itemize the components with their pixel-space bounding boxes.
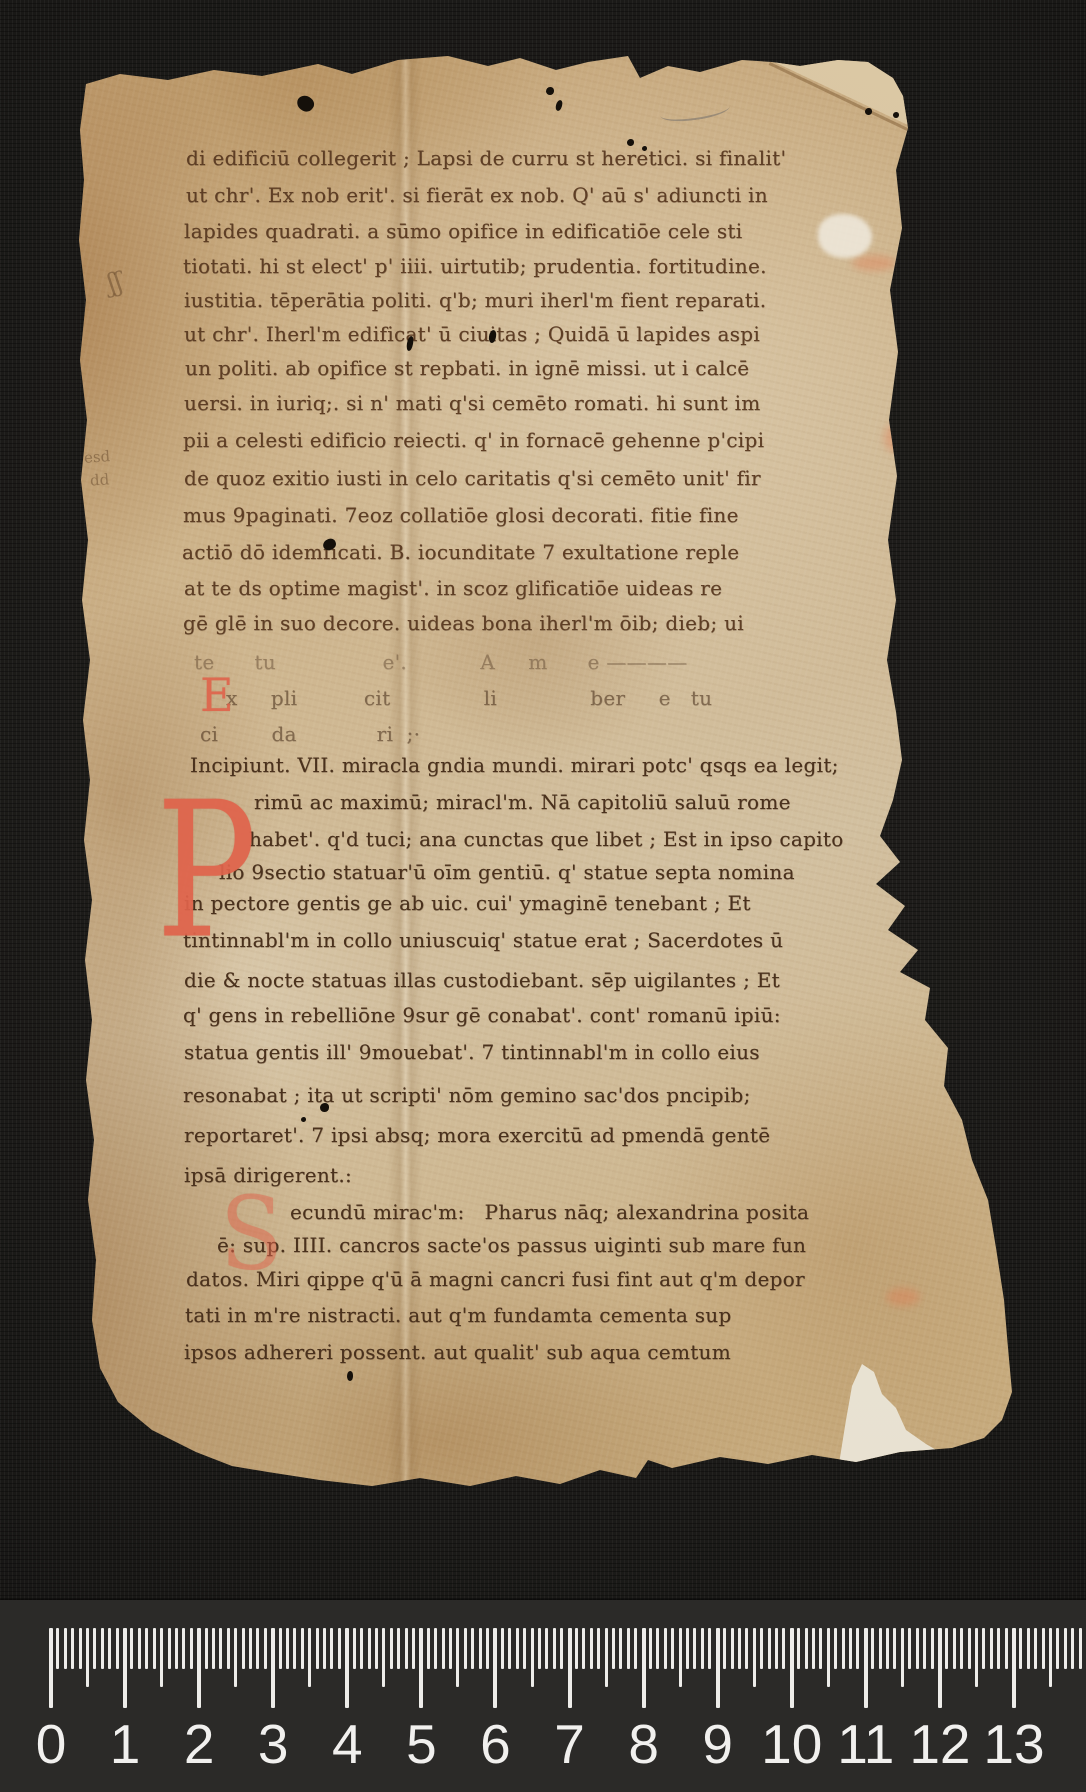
- ruler-tick: [249, 1628, 252, 1669]
- manuscript-line: uersi. in iuriq;. si n' mati q'si cemēto…: [184, 391, 761, 415]
- ruler-tick: [293, 1628, 296, 1669]
- ruler-tick: [819, 1628, 822, 1669]
- ruler-tick: [805, 1628, 808, 1669]
- ruler-tick: [316, 1628, 319, 1669]
- surface-abrasion: [818, 214, 872, 258]
- ruler-tick: [353, 1628, 356, 1669]
- manuscript-line: iustitia. tēperātia politi. q'b; muri ih…: [184, 288, 766, 312]
- ruler-tick: [768, 1628, 771, 1669]
- ruler-tick: [1019, 1628, 1022, 1669]
- ink-blot: [301, 1117, 306, 1122]
- ruler-tick: [738, 1628, 741, 1669]
- ruler-tick: [153, 1628, 156, 1669]
- ruler-tick: [427, 1628, 430, 1669]
- ruler-number: 5: [406, 1712, 437, 1776]
- manuscript-line: actiō dō idemficati. B. iocunditate 7 ex…: [182, 540, 739, 564]
- ink-blot: [865, 108, 872, 115]
- ruler-tick: [434, 1628, 437, 1669]
- ruler-tick: [886, 1628, 889, 1669]
- ruler-tick: [997, 1628, 1000, 1669]
- ruler-tick: [160, 1628, 163, 1687]
- ruler-tick: [264, 1628, 267, 1669]
- ruler-number: 13: [983, 1712, 1044, 1776]
- manuscript-line: di edificiū collegerit ; Lapsi de curru …: [186, 146, 786, 170]
- ruler-tick: [619, 1628, 622, 1669]
- ruler-tick: [516, 1628, 519, 1669]
- ruler-tick: [471, 1628, 474, 1669]
- ruler-tick: [856, 1628, 859, 1669]
- ruler-tick: [419, 1628, 423, 1708]
- ruler-tick: [323, 1628, 326, 1669]
- ruler-tick: [649, 1628, 652, 1669]
- manuscript-line: ecundū mirac'm: Pharus nāq; alexandrina …: [290, 1200, 809, 1224]
- ruler-tick: [190, 1628, 193, 1669]
- ruler-tick: [708, 1628, 711, 1669]
- manuscript-line: un politi. ab opifice st repbati. in ign…: [185, 356, 749, 380]
- ruler-tick: [975, 1628, 978, 1687]
- manuscript-line: gē glē in suo decore. uideas bona iherl'…: [183, 611, 744, 635]
- ruler-tick: [175, 1628, 178, 1669]
- ink-blot: [320, 1103, 329, 1112]
- ruler-tick: [330, 1628, 333, 1669]
- ruler-tick: [242, 1628, 245, 1669]
- ruler-tick: [797, 1628, 800, 1669]
- ruler-tick: [493, 1628, 497, 1708]
- ruler-tick: [449, 1628, 452, 1669]
- ruler-tick: [827, 1628, 830, 1687]
- manuscript-line: ci da ri ;·: [200, 722, 420, 746]
- manuscript-line: at te ds optime magist'. in scoz glifica…: [184, 576, 722, 600]
- ruler-tick: [442, 1628, 445, 1669]
- ruler-tick: [842, 1628, 845, 1669]
- ruler-tick: [879, 1628, 882, 1669]
- ruler-tick: [456, 1628, 459, 1687]
- ink-blot: [627, 139, 634, 146]
- manuscript-line: tiotati. hi st elect' p' iiii. uirtutib;…: [183, 254, 767, 278]
- red-pigment-smudge: [852, 255, 896, 271]
- ink-blot: [347, 1371, 353, 1381]
- manuscript-photograph: di edificiū collegerit ; Lapsi de curru …: [0, 0, 1086, 1792]
- ruler-tick: [916, 1628, 919, 1669]
- ruler-tick: [686, 1628, 689, 1669]
- ruler-tick: [64, 1628, 67, 1669]
- ruler-tick: [523, 1628, 526, 1669]
- ruler-tick: [864, 1628, 868, 1708]
- manuscript-line: lapides quadrati. a sūmo opifice in edif…: [184, 219, 742, 243]
- marginalia-note: dd: [89, 470, 109, 489]
- ruler-tick: [205, 1628, 208, 1669]
- ruler-tick: [582, 1628, 585, 1669]
- ruler-number: 6: [480, 1712, 511, 1776]
- ruler-number: 7: [554, 1712, 585, 1776]
- ruler-tick: [1056, 1628, 1059, 1669]
- ruler-tick: [605, 1628, 608, 1687]
- manuscript-line: statua gentis ill' 9mouebat'. 7 tintinna…: [184, 1040, 760, 1064]
- ruler-tick: [1042, 1628, 1045, 1669]
- ruler-tick: [71, 1628, 74, 1669]
- ruler-tick: [286, 1628, 289, 1669]
- manuscript-line: ut chr'. Ex nob erit'. si fierāt ex nob.…: [186, 183, 768, 207]
- ruler-tick: [197, 1628, 201, 1708]
- rubric-initial-explicit: E: [200, 672, 234, 718]
- manuscript-line: mus 9paginati. 7eoz collatiōe glosi deco…: [183, 503, 739, 527]
- ruler-tick: [1012, 1628, 1016, 1708]
- manuscript-line: Incipiunt. VII. miracla gndia mundi. mir…: [190, 753, 839, 777]
- ruler-tick: [138, 1628, 141, 1669]
- ruler-tick: [234, 1628, 237, 1687]
- ruler-tick: [279, 1628, 282, 1669]
- ruler-tick: [56, 1628, 59, 1669]
- ruler-tick: [368, 1628, 371, 1669]
- ruler-number: 4: [332, 1712, 363, 1776]
- ruler-tick: [93, 1628, 96, 1669]
- ruler-tick: [871, 1628, 874, 1669]
- ruler-number: 11: [837, 1712, 894, 1776]
- ruler-tick: [782, 1628, 785, 1669]
- ruler-tick: [901, 1628, 904, 1687]
- ruler-tick: [145, 1628, 148, 1669]
- ruler-tick: [1064, 1628, 1067, 1669]
- ruler-tick: [634, 1628, 637, 1669]
- ruler-tick: [101, 1628, 104, 1669]
- ruler-tick: [731, 1628, 734, 1669]
- ruler-tick: [849, 1628, 852, 1669]
- ruler-tick: [182, 1628, 185, 1669]
- ruler-tick: [642, 1628, 646, 1708]
- manuscript-line: ē: sup. IIII. cancros sacte'os passus ui…: [217, 1233, 806, 1257]
- manuscript-line: ut chr'. Iherl'm edificat' ū ciuitas ; Q…: [184, 322, 760, 346]
- ruler-number: 9: [702, 1712, 733, 1776]
- manuscript-line: q' gens in rebelliōne 9sur gē conabat'. …: [183, 1003, 781, 1027]
- ruler-tick: [953, 1628, 956, 1669]
- ruler-tick: [531, 1628, 534, 1687]
- ink-blot: [642, 146, 647, 151]
- ruler-tick: [790, 1628, 794, 1708]
- rubric-initial-primum: P: [156, 778, 257, 966]
- ruler-tick: [412, 1628, 415, 1669]
- ruler-tick: [982, 1628, 985, 1669]
- ruler-tick: [1027, 1628, 1030, 1669]
- ruler-tick: [671, 1628, 674, 1669]
- centimeter-ruler: 012345678910111213: [0, 1600, 1086, 1792]
- ruler-tick: [627, 1628, 630, 1669]
- ruler-tick: [464, 1628, 467, 1669]
- ruler-tick: [227, 1628, 230, 1669]
- ruler-tick: [405, 1628, 408, 1669]
- ruler-tick: [568, 1628, 572, 1708]
- ruler-tick: [575, 1628, 578, 1669]
- ruler-tick: [590, 1628, 593, 1669]
- ruler-tick: [960, 1628, 963, 1669]
- ruler-tick: [1079, 1628, 1082, 1669]
- ruler-tick: [968, 1628, 971, 1669]
- ruler-tick: [271, 1628, 275, 1708]
- ruler-tick: [116, 1628, 119, 1669]
- ruler-number: 12: [909, 1712, 970, 1776]
- ruler-tick: [508, 1628, 511, 1669]
- ruler-tick: [130, 1628, 133, 1669]
- ruler-tick: [479, 1628, 482, 1669]
- ruler-tick: [945, 1628, 948, 1669]
- manuscript-line: x pli cit li ber e tu: [226, 686, 712, 710]
- ruler-tick: [486, 1628, 489, 1669]
- ruler-number: 0: [36, 1712, 67, 1776]
- ruler-tick: [212, 1628, 215, 1669]
- manuscript-line: ipsos adhereri possent. aut qualit' sub …: [184, 1340, 731, 1364]
- ruler-tick: [723, 1628, 726, 1669]
- ruler-tick: [990, 1628, 993, 1669]
- rubric-initial-secundum: S: [220, 1184, 283, 1285]
- ruler-tick: [612, 1628, 615, 1669]
- ruler-tick: [560, 1628, 563, 1669]
- ruler-tick: [49, 1628, 53, 1708]
- manuscript-line: resonabat ; ita ut scripti' nōm gemino s…: [183, 1083, 751, 1107]
- manuscript-line: lio 9sectio statuar'ū oīm gentiū. q' sta…: [219, 860, 795, 884]
- ruler-tick: [938, 1628, 942, 1708]
- ruler-tick: [345, 1628, 349, 1708]
- manuscript-line: reportaret'. 7 ipsi absq; mora exercitū …: [184, 1123, 770, 1147]
- manuscript-line: tintinnabl'm in collo uniuscuiq' statue …: [183, 928, 783, 952]
- ruler-tick: [760, 1628, 763, 1669]
- manuscript-line: te tu e'. A m e ————: [194, 650, 688, 674]
- ruler-tick: [301, 1628, 304, 1669]
- manuscript-line: rimū ac maximū; miracl'm. Nā capitoliū s…: [254, 790, 791, 814]
- ruler-tick: [308, 1628, 311, 1687]
- ruler-tick: [775, 1628, 778, 1669]
- ruler-tick: [693, 1628, 696, 1669]
- ruler-tick: [1071, 1628, 1074, 1669]
- ruler-tick: [893, 1628, 896, 1669]
- ruler-tick: [701, 1628, 704, 1669]
- ruler-tick: [656, 1628, 659, 1669]
- ruler-tick: [219, 1628, 222, 1669]
- manuscript-line: habet'. q'd tuci; ana cunctas que libet …: [249, 827, 844, 851]
- ruler-number: 2: [184, 1712, 215, 1776]
- ruler-tick: [834, 1628, 837, 1669]
- ruler-tick: [1005, 1628, 1008, 1669]
- ink-blot: [546, 87, 554, 95]
- ruler-tick: [397, 1628, 400, 1669]
- marginalia-note: esd: [83, 447, 110, 467]
- ruler-tick: [597, 1628, 600, 1669]
- ink-blot: [893, 112, 899, 118]
- ruler-number: 1: [110, 1712, 141, 1776]
- ruler-tick: [360, 1628, 363, 1669]
- ruler-tick: [123, 1628, 127, 1708]
- manuscript-line: in pectore gentis ge ab uic. cui' ymagin…: [184, 891, 751, 915]
- ruler-tick: [86, 1628, 89, 1687]
- ruler-tick: [716, 1628, 720, 1708]
- ruler-number: 8: [628, 1712, 659, 1776]
- ruler-tick: [553, 1628, 556, 1669]
- red-pigment-smudge: [886, 1288, 920, 1306]
- ruler-tick: [664, 1628, 667, 1669]
- ruler-tick: [753, 1628, 756, 1687]
- ruler-number: 10: [761, 1712, 822, 1776]
- ruler-tick: [338, 1628, 341, 1669]
- ruler-tick: [168, 1628, 171, 1669]
- manuscript-line: de quoz exitio iusti in celo caritatis q…: [184, 466, 761, 490]
- ruler-tick: [1049, 1628, 1052, 1687]
- ruler-tick: [256, 1628, 259, 1669]
- ruler-tick: [108, 1628, 111, 1669]
- ruler-tick: [1034, 1628, 1037, 1669]
- manuscript-line: tati in m're nistracti. aut q'm fundamta…: [185, 1303, 732, 1327]
- ruler-tick: [538, 1628, 541, 1669]
- ruler-tick: [908, 1628, 911, 1669]
- ruler-tick: [545, 1628, 548, 1669]
- ruler-tick: [382, 1628, 385, 1687]
- manuscript-line: die & nocte statuas illas custodiebant. …: [184, 968, 780, 992]
- ruler-number: 3: [258, 1712, 289, 1776]
- ruler-tick: [679, 1628, 682, 1687]
- ruler-tick: [501, 1628, 504, 1669]
- ruler-tick: [812, 1628, 815, 1669]
- manuscript-line: pii a celesti edificio reiecti. q' in fo…: [183, 428, 764, 452]
- ruler-tick: [931, 1628, 934, 1669]
- ruler-tick: [390, 1628, 393, 1669]
- ruler-tick: [375, 1628, 378, 1669]
- ruler-tick: [79, 1628, 82, 1669]
- ruler-tick: [923, 1628, 926, 1669]
- ruler-tick: [745, 1628, 748, 1669]
